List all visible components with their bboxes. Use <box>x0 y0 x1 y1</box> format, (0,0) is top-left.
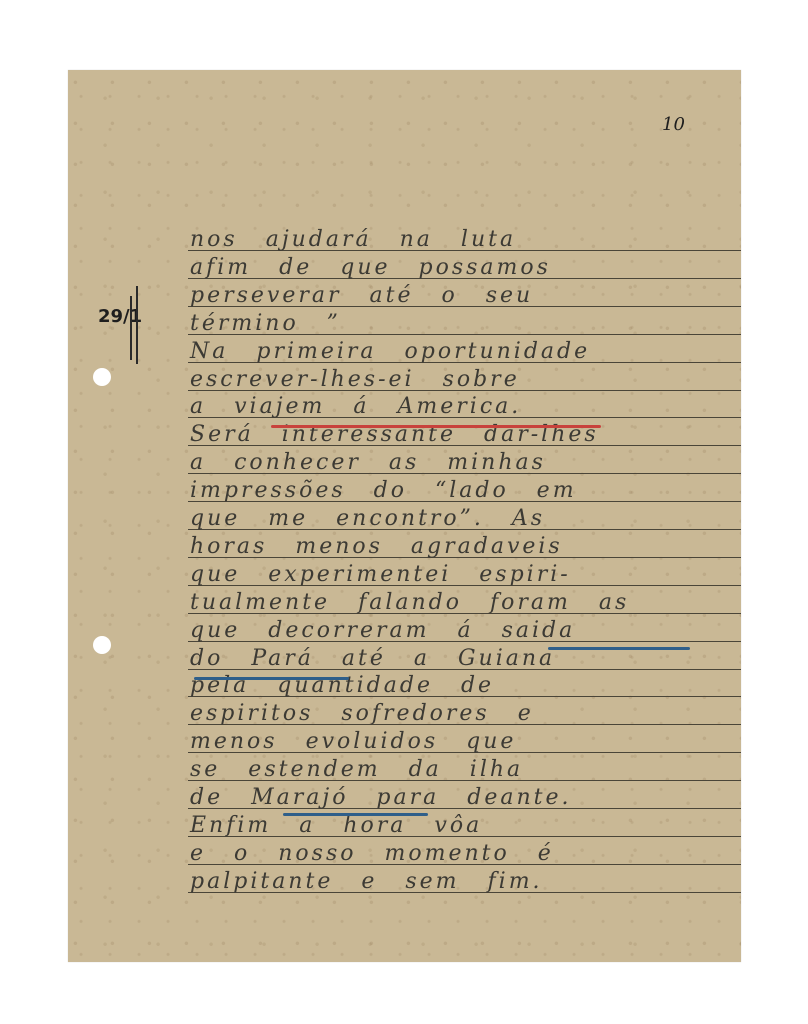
margin-bar <box>130 296 132 360</box>
text-line: término ” <box>190 310 731 338</box>
text-line: palpitante e sem fim. <box>190 868 731 896</box>
text-line: a viajem á America. <box>190 393 731 421</box>
red-underline-america <box>271 425 601 428</box>
blue-underline-para <box>194 677 349 680</box>
page-number: 10 <box>662 114 685 135</box>
text-line: a conhecer as minhas <box>190 449 731 477</box>
text-line: Na primeira oportunidade <box>190 338 731 366</box>
text-line: perseverar até o seu <box>190 282 731 310</box>
punch-hole-bottom <box>93 636 111 654</box>
text-line: tualmente falando foram as <box>190 589 731 617</box>
text-line: Enfim a hora vôa <box>190 812 731 840</box>
text-line: espiritos sofredores e <box>190 700 731 728</box>
blue-underline-marajo <box>283 813 428 816</box>
text-line: afim de que possamos <box>190 254 731 282</box>
punch-hole-top <box>93 368 111 386</box>
text-line: menos evoluidos que <box>190 728 731 756</box>
text-line: se estendem da ilha <box>190 756 731 784</box>
text-line: horas menos agradaveis <box>190 533 731 561</box>
text-line: que me encontro”. As <box>190 505 731 533</box>
margin-bar <box>136 286 138 364</box>
text-line: que experimentei espiri- <box>190 561 731 589</box>
text-line: que decorreram á saida <box>190 617 731 645</box>
text-line: de Marajó para deante. <box>190 784 731 812</box>
manuscript-page: 10 29/1 nos ajudará na lutaafim de que p… <box>68 70 741 962</box>
text-line: e o nosso momento é <box>190 840 731 868</box>
text-line: escrever-lhes-ei sobre <box>190 366 731 394</box>
blue-underline-saida <box>548 647 690 650</box>
text-line: impressões do “lado em <box>190 477 731 505</box>
text-line: nos ajudará na luta <box>190 226 731 254</box>
